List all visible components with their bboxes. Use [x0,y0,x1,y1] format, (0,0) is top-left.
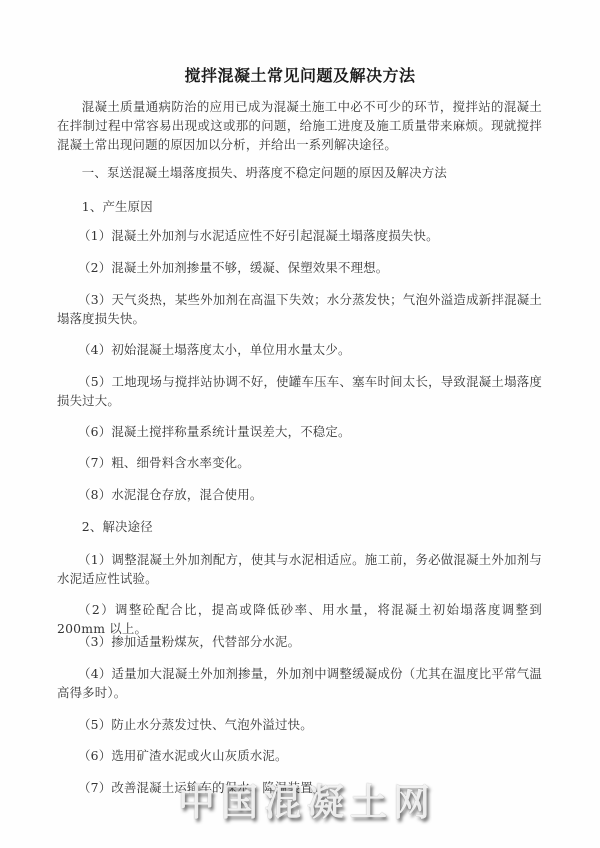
causes-heading: 1、产生原因 [57,197,542,216]
cause-item-6: （6）混凝土搅拌称量系统计量误差大，不稳定。 [57,422,542,441]
solution-item-6: （6）选用矿渣水泥或火山灰质水泥。 [57,746,542,765]
solution-item-5: （5）防止水分蒸发过快、气泡外溢过快。 [57,715,542,734]
cause-item-7: （7）粗、细骨料含水率变化。 [57,453,542,472]
cause-item-8: （8）水泥混仓存放，混合使用。 [57,485,542,504]
watermark-logo: 中国混凝土网 [178,772,436,826]
section-heading: 一、泵送混凝土塌落度损失、坍落度不稳定问题的原因及解决方法 [57,163,542,182]
solution-item-1: （1）调整混凝土外加剂配方，使其与水泥相适应。施工前，务必做混凝土外加剂与水泥适… [57,550,542,588]
cause-item-2: （2）混凝土外加剂掺量不够，缓凝、保塑效果不理想。 [57,258,542,277]
solutions-heading: 2、解决途径 [57,517,542,536]
cause-item-3: （3）天气炎热，某些外加剂在高温下失效；水分蒸发快；气泡外溢造成新拌混凝土塌落度… [57,290,542,328]
cause-item-1: （1）混凝土外加剂与水泥适应性不好引起混凝土塌落度损失快。 [57,226,542,245]
cause-item-5: （5）工地现场与搅拌站协调不好，使罐车压车、塞车时间太长，导致混凝土塌落度损失过… [57,372,542,410]
intro-paragraph: 混凝土质量通病防治的应用已成为混凝土施工中必不可少的环节，搅拌站的混凝土在拌制过… [57,97,542,154]
solution-item-4: （4）适量加大混凝土外加剂掺量，外加剂中调整缓凝成份（尤其在温度比平常气温高得多… [57,664,542,702]
solution-item-3: （3）掺加适量粉煤灰，代替部分水泥。 [57,632,542,651]
cause-item-4: （4）初始混凝土塌落度太小，单位用水量太少。 [57,340,542,359]
document-title: 搅拌混凝土常见问题及解决方法 [0,63,600,86]
document-page: 搅拌混凝土常见问题及解决方法 混凝土质量通病防治的应用已成为混凝土施工中必不可少… [0,0,600,848]
